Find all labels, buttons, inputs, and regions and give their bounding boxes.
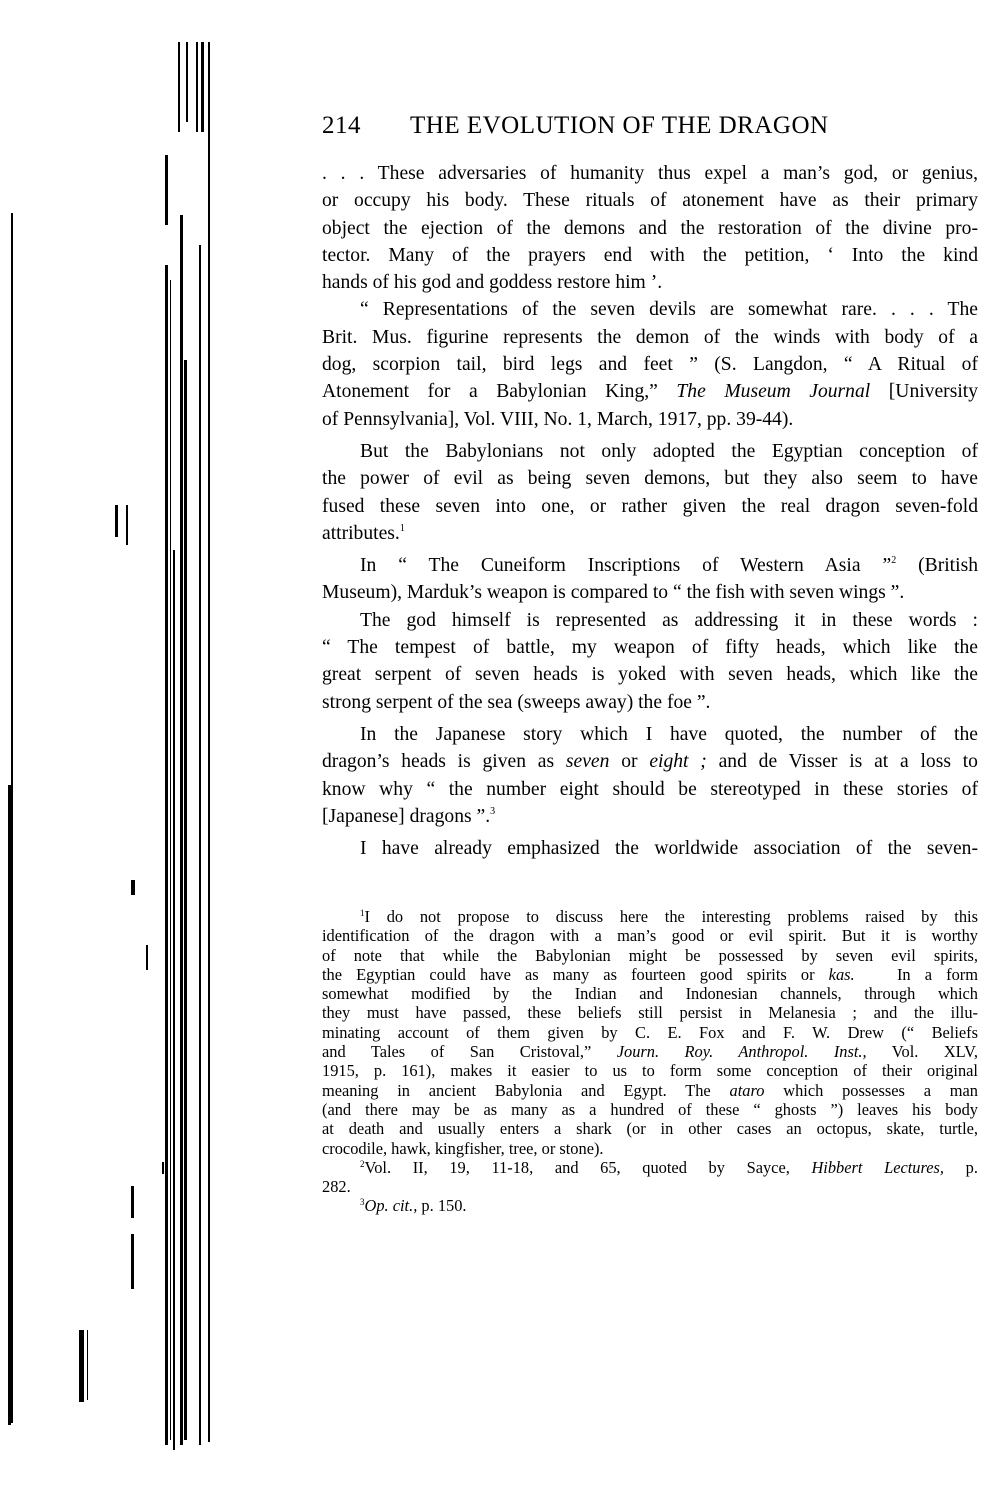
emphasis: ataro bbox=[730, 1081, 765, 1100]
emphasis: seven bbox=[566, 751, 610, 772]
text-line: 3Op. cit., p. 150. bbox=[322, 1196, 978, 1215]
text-line: great serpent of seven heads is yoked wi… bbox=[322, 661, 978, 688]
text-line: object the ejection of the demons and th… bbox=[322, 215, 978, 242]
paragraph: In the Japanese story which I have quote… bbox=[322, 721, 978, 830]
book-title: Hibbert Lectures, bbox=[811, 1158, 944, 1177]
text-line: But the Babylonians not only adopted the… bbox=[322, 438, 978, 465]
text-line: I have already emphasized the worldwide … bbox=[322, 835, 978, 862]
text-run: [Japanese] dragons ”. bbox=[322, 806, 490, 827]
text-line: identification of the dragon with a man’… bbox=[322, 926, 978, 945]
emphasis: kas. bbox=[829, 965, 855, 984]
text-run: p. 150. bbox=[421, 1196, 466, 1215]
footnote: 2Vol. II, 19, 11-18, and 65, quoted by S… bbox=[322, 1158, 978, 1197]
text-run: attributes. bbox=[322, 523, 400, 544]
text-line: [Japanese] dragons ”.3 bbox=[322, 803, 978, 830]
text-line: hands of his god and goddess restore him… bbox=[322, 269, 978, 296]
text-line: of Pennsylvania], Vol. VIII, No. 1, Marc… bbox=[322, 406, 978, 433]
text-line: dragon’s heads is given as seven or eigh… bbox=[322, 748, 978, 775]
paragraph: I have already emphasized the worldwide … bbox=[322, 835, 978, 862]
text-line: at death and usually enters a shark (or … bbox=[322, 1119, 978, 1138]
text-line: they must have passed, these beliefs sti… bbox=[322, 1003, 978, 1022]
body-text: . . . These adversaries of humanity thus… bbox=[322, 160, 978, 862]
text-line: and Tales of San Cristoval,” Journ. Roy.… bbox=[322, 1042, 978, 1061]
paragraph: The god himself is represented as addres… bbox=[322, 607, 978, 716]
emphasis: Op. cit., bbox=[365, 1196, 418, 1215]
footnote: 3Op. cit., p. 150. bbox=[322, 1196, 978, 1215]
text-line: tector. Many of the prayers end with the… bbox=[322, 242, 978, 269]
footnote-ref[interactable]: 1 bbox=[400, 523, 405, 534]
paragraph: . . . These adversaries of humanity thus… bbox=[322, 160, 978, 296]
text-run: I do not propose to discuss here the int… bbox=[365, 907, 979, 926]
journal-title: Journ. Roy. Anthropol. Inst., bbox=[617, 1042, 867, 1061]
text-run: the Egyptian could have as many as fourt… bbox=[322, 965, 815, 984]
text-run: meaning in ancient Babylonia and Egypt. … bbox=[322, 1081, 711, 1100]
text-run: Vol. II, 19, 11-18, and 65, quoted by Sa… bbox=[365, 1158, 790, 1177]
text-run: dragon’s heads is given as bbox=[322, 751, 554, 772]
paragraph: “ Representations of the seven devils ar… bbox=[322, 296, 978, 432]
footnote-ref[interactable]: 3 bbox=[490, 806, 495, 817]
journal-title: The Museum Journal bbox=[676, 381, 870, 402]
text-line: Atonement for a Babylonian King,” The Mu… bbox=[322, 378, 978, 405]
text-run: [University bbox=[889, 381, 978, 402]
text-line: “ Representations of the seven devils ar… bbox=[322, 296, 978, 323]
text-line: somewhat modified by the Indian and Indo… bbox=[322, 984, 978, 1003]
text-run: and Tales of San Cristoval,” bbox=[322, 1042, 591, 1061]
text-line: Museum), Marduk’s weapon is compared to … bbox=[322, 579, 978, 606]
text-line: the Egyptian could have as many as fourt… bbox=[322, 965, 978, 984]
text-run: which possesses a man bbox=[783, 1081, 978, 1100]
text-line: crocodile, hawk, kingfisher, tree, or st… bbox=[322, 1139, 978, 1158]
text-run: p. bbox=[966, 1158, 978, 1177]
text-line: 1I do not propose to discuss here the in… bbox=[322, 907, 978, 926]
text-line: fused these seven into one, or rather gi… bbox=[322, 493, 978, 520]
text-line: Brit. Mus. figurine represents the demon… bbox=[322, 324, 978, 351]
text-line: dog, scorpion tail, bird legs and feet ”… bbox=[322, 351, 978, 378]
text-run: Vol. XLV, bbox=[892, 1042, 978, 1061]
running-title: THE EVOLUTION OF THE DRAGON bbox=[410, 112, 829, 139]
text-run: (British bbox=[918, 555, 978, 576]
text-line: (and there may be as many as a hundred o… bbox=[322, 1100, 978, 1119]
text-line: 1915, p. 161), makes it easier to us to … bbox=[322, 1061, 978, 1080]
text-run: In “ The Cuneiform Inscriptions of Weste… bbox=[360, 555, 891, 576]
text-run: and de Visser is at a loss to bbox=[719, 751, 978, 772]
paragraph: But the Babylonians not only adopted the… bbox=[322, 438, 978, 547]
scan-gutter-artifacts bbox=[0, 0, 260, 1502]
text-line: In “ The Cuneiform Inscriptions of Weste… bbox=[322, 552, 978, 579]
text-line: meaning in ancient Babylonia and Egypt. … bbox=[322, 1081, 978, 1100]
running-head: 214THE EVOLUTION OF THE DRAGON bbox=[322, 112, 829, 140]
text-line: 2Vol. II, 19, 11-18, and 65, quoted by S… bbox=[322, 1158, 978, 1177]
paragraph: In “ The Cuneiform Inscriptions of Weste… bbox=[322, 552, 978, 607]
text-line: the power of evil as being seven demons,… bbox=[322, 465, 978, 492]
text-run: Atonement for a Babylonian King,” bbox=[322, 381, 658, 402]
page-number: 214 bbox=[322, 112, 410, 140]
text-line: of note that while the Babylonian might … bbox=[322, 946, 978, 965]
footnote-ref[interactable]: 2 bbox=[891, 555, 896, 566]
text-line: minating account of them given by C. E. … bbox=[322, 1023, 978, 1042]
text-line: know why “ the number eight should be st… bbox=[322, 776, 978, 803]
text-line: or occupy his body. These rituals of ato… bbox=[322, 187, 978, 214]
footnotes: 1I do not propose to discuss here the in… bbox=[322, 907, 978, 1216]
text-line: attributes.1 bbox=[322, 520, 978, 547]
text-line: strong serpent of the sea (sweeps away) … bbox=[322, 689, 978, 716]
text-line: “ The tempest of battle, my weapon of fi… bbox=[322, 634, 978, 661]
emphasis: eight ; bbox=[649, 751, 706, 772]
footnote: 1I do not propose to discuss here the in… bbox=[322, 907, 978, 1158]
text-line: The god himself is represented as addres… bbox=[322, 607, 978, 634]
text-line: 282. bbox=[322, 1177, 978, 1196]
text-run: In a form bbox=[897, 965, 978, 984]
text-line: In the Japanese story which I have quote… bbox=[322, 721, 978, 748]
text-run: or bbox=[621, 751, 637, 772]
text-line: . . . These adversaries of humanity thus… bbox=[322, 160, 978, 187]
